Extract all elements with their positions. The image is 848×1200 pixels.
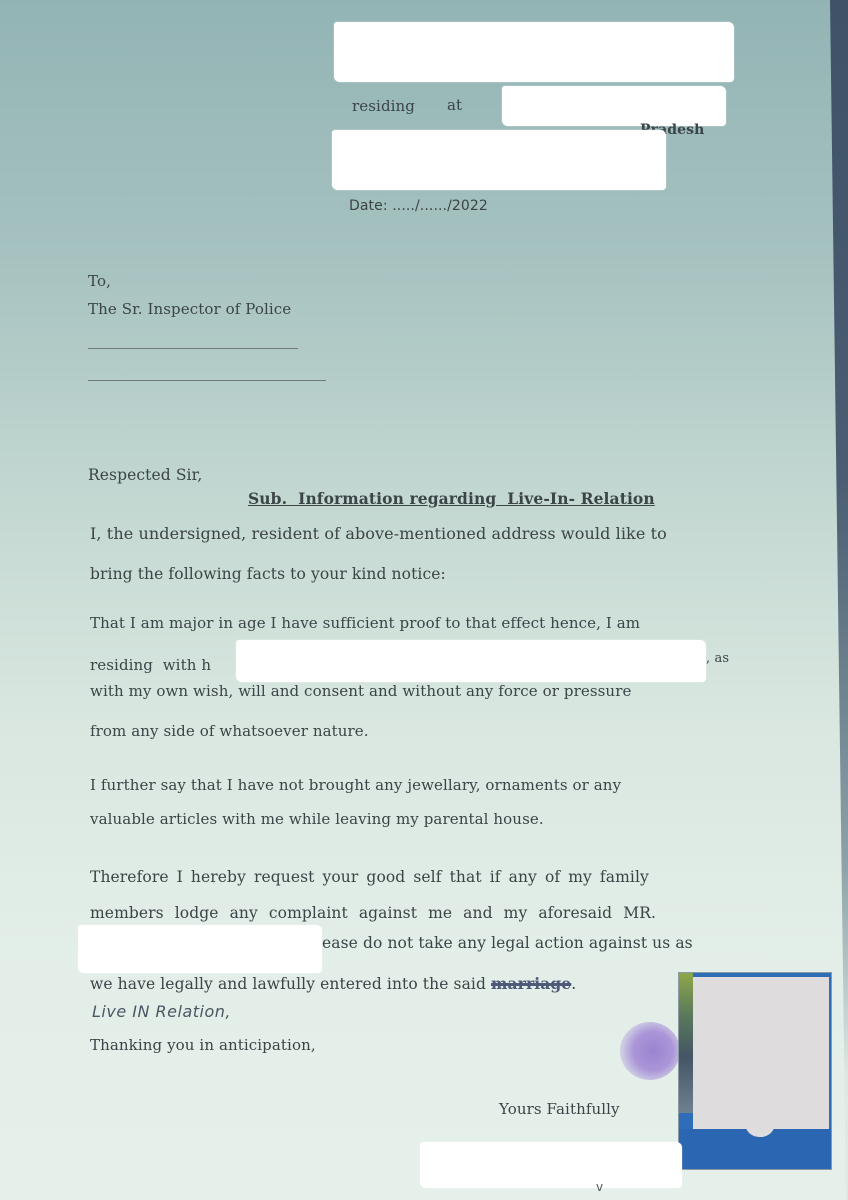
- recipient-title: The Sr. Inspector of Police: [88, 300, 291, 318]
- to-label: To,: [88, 272, 111, 290]
- thumbprint: [620, 1022, 680, 1080]
- handwritten-correction: Live IN Relation,: [92, 1002, 231, 1021]
- redacted-signature-name: [420, 1142, 682, 1188]
- para3-line-2: members lodge any complaint against me a…: [90, 904, 656, 922]
- redacted-address-line-2: [332, 130, 666, 190]
- para3-line-1: Therefore I hereby request your good sel…: [90, 868, 649, 886]
- residing-label: residing: [352, 97, 415, 115]
- thanks-line: Thanking you in anticipation,: [90, 1036, 316, 1054]
- para3-line-3: ease do not take any legal action agains…: [322, 934, 693, 952]
- para1-line-4: from any side of whatsoever nature.: [90, 722, 369, 740]
- at-label: at: [447, 96, 462, 114]
- redacted-partner-name-2: [78, 925, 322, 973]
- para2-line-2: valuable articles with me while leaving …: [90, 810, 544, 828]
- intro-line-1: I, the undersigned, resident of above-me…: [90, 524, 667, 543]
- para1-line-3: with my own wish, will and consent and w…: [90, 682, 631, 700]
- address-blank-line-1: [88, 348, 298, 349]
- struck-word: marriage: [491, 974, 571, 993]
- passport-photo: [678, 972, 832, 1170]
- salutation: Respected Sir,: [88, 466, 202, 484]
- redacted-address-line-1: [502, 86, 726, 126]
- signature-mark: v: [596, 1180, 603, 1194]
- para2-line-1: I further say that I have not brought an…: [90, 776, 621, 794]
- para1-line-2b: , as: [706, 651, 729, 666]
- para3-line-4: we have legally and lawfully entered int…: [90, 974, 576, 993]
- redacted-partner-name: [236, 640, 706, 682]
- para3-line-4-end: .: [571, 975, 576, 993]
- date-line: Date: ...../....../2022: [349, 198, 488, 214]
- intro-line-2: bring the following facts to your kind n…: [90, 565, 446, 583]
- subject-line: Sub. Information regarding Live-In- Rela…: [248, 489, 655, 508]
- address-blank-line-2: [88, 380, 326, 381]
- para1-line-2a: residing with h: [90, 656, 211, 674]
- para3-line-4-text: we have legally and lawfully entered int…: [90, 975, 486, 993]
- sign-off: Yours Faithfully: [499, 1100, 620, 1118]
- para1-line-1: That I am major in age I have sufficient…: [90, 614, 640, 632]
- redacted-name: [334, 22, 734, 82]
- photo-face-redaction: [693, 977, 829, 1129]
- photo-background-strip: [679, 973, 693, 1113]
